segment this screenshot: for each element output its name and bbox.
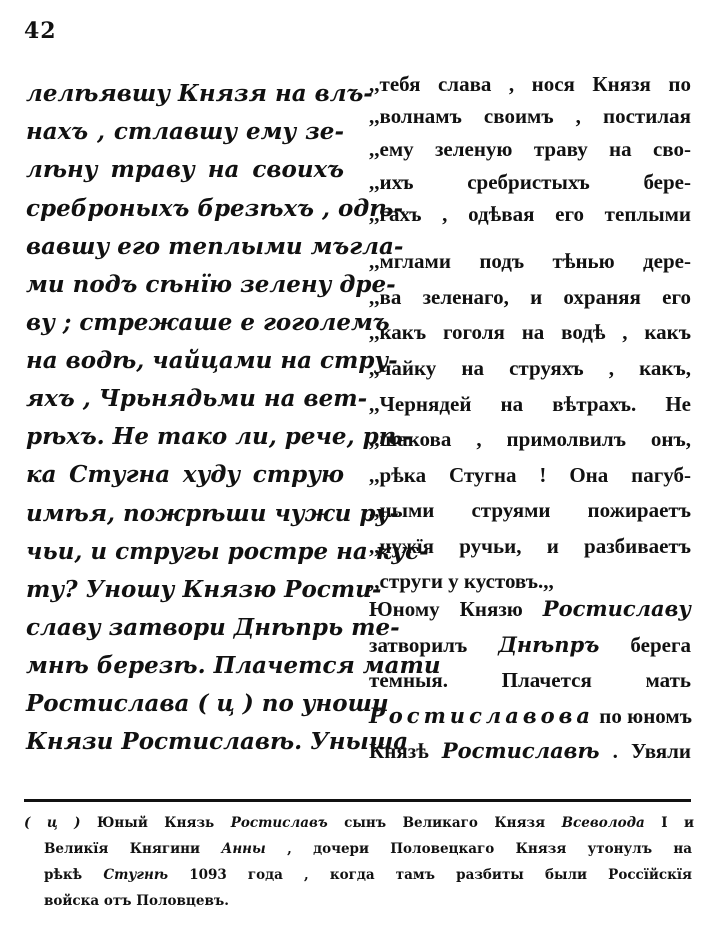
footnote-text: I и <box>661 815 694 831</box>
original-line: ву ; стрежаше е гоголемъ <box>26 305 344 341</box>
original-line: яхъ , Чрьнядьми на вет- <box>26 381 344 417</box>
footnote-text: , дочери Половецкаго Князя утонулъ на <box>287 841 692 857</box>
original-line: мнѣ березѣ. Плачется мати <box>26 648 344 684</box>
translation-text-italic: Днѣпръ <box>498 632 599 657</box>
translation-line: ,,волнамъ своимъ , постилая <box>369 98 691 134</box>
translation-line: ,,шакова , примолвилъ онъ, <box>369 421 691 457</box>
translation-line: ,,чайку на струяхъ , какъ, <box>369 350 691 386</box>
translation-line: темныя. Плачется мать <box>369 662 691 698</box>
translation-text-roman: по юномъ <box>599 704 692 728</box>
translation-line: ,,тебя слава , нося Князя по <box>369 66 691 102</box>
translation-line: ,,какъ гоголя на водѣ , какъ <box>369 314 691 350</box>
footnote-text-italic: Всеволода <box>562 815 645 831</box>
original-line: лелѣявшу Князя на влъ- <box>26 76 344 112</box>
translation-line: ,,ными струями пожираетъ <box>369 492 691 528</box>
original-line: чьи, и стругы ростре на кус- <box>26 534 344 570</box>
original-line: Князи Ростиславѣ. Уныша <box>26 724 344 760</box>
translation-text-italic: Ростиславова <box>369 703 594 728</box>
original-line: вавшу его теплыми мъгла- <box>26 229 344 265</box>
translation-line: ,,Чернядей на вѣтрахъ. Не <box>369 386 691 422</box>
translation-line: ,,ва зеленаго, и охраняя его <box>369 279 691 315</box>
original-line: на водѣ, чайцами на стру- <box>26 343 344 379</box>
original-line: имѣя, пожрѣши чужи ру- <box>26 496 344 532</box>
translation-text-roman: Князѣ <box>369 739 429 763</box>
original-line: славу затвори Днѣпрь те- <box>26 610 344 646</box>
translation-line: Ростиславова по юномъ <box>369 698 691 734</box>
translation-text-roman: берега <box>630 633 691 657</box>
original-line: ту? Уношу Князю Рости- <box>26 572 344 608</box>
translation-text-roman: затворилъ <box>369 633 467 657</box>
original-line: Ростислава ( ц ) по уноши <box>26 686 344 722</box>
translation-line: ,,чужїя ручьи, и разбиваетъ <box>369 528 691 564</box>
footnote-text-italic: Стугнѣ <box>103 867 168 883</box>
footnote-text: рѣкѣ <box>44 867 82 883</box>
translation-line: ,,гахъ , одѣвая его теплыми <box>369 196 691 232</box>
page-number: 42 <box>24 18 57 44</box>
original-line: ми подъ сѣнїю зелену дре- <box>26 267 344 303</box>
translation-line: Князѣ Ростиславѣ . Увяли <box>369 733 691 769</box>
footnote-line: рѣкѣ Стугнѣ 1093 года , когда тамъ разби… <box>44 864 692 886</box>
footnote-text: войска отъ Половцевъ. <box>44 893 229 909</box>
footnote-line: войска отъ Половцевъ. <box>44 890 692 912</box>
translation-line: затворилъ Днѣпръ берега <box>369 627 691 663</box>
footnote-text-italic: Анны <box>221 841 265 857</box>
footnote-divider <box>24 799 691 802</box>
translation-line: ,,мглами подъ тѣнью дере- <box>369 243 691 279</box>
footnote-line: ( ц ) Юный Князь Ростиславъ сынъ Великаг… <box>24 812 694 834</box>
translation-line-text: ,,струги у кустовъ.,, <box>369 569 554 593</box>
footnote-text: сынъ Великаго Князя <box>344 815 545 831</box>
footnote-text: Великїя Княгини <box>44 841 200 857</box>
footnote-text-italic: Ростиславъ <box>231 815 328 831</box>
footnote-text: Юный Князь <box>97 815 214 831</box>
original-line: ка Стугна худу струю <box>26 457 344 493</box>
original-line: лѣну траву на своихъ <box>26 152 344 188</box>
translation-line: Юному Князю Ростиславу <box>369 591 691 627</box>
original-line: нахъ , стлавшу ему зе- <box>26 114 344 150</box>
translation-text-roman: Юному Князю <box>369 597 523 621</box>
footnote-line: Великїя Княгини Анны , дочери Половецкаг… <box>44 838 692 860</box>
translation-line: ,,рѣка Стугна ! Она пагуб- <box>369 457 691 493</box>
footnote-marker: ( ц ) <box>24 815 81 831</box>
translation-text-italic: Ростиславѣ <box>442 738 600 763</box>
translation-line: ,,ихъ сребристыхъ бере- <box>369 164 691 200</box>
translation-text-italic: Ростиславу <box>543 596 691 621</box>
translation-line: ,,ему зеленую траву на сво- <box>369 131 691 167</box>
footnote-text: 1093 года , когда тамъ разбиты были Росс… <box>189 867 692 883</box>
original-line: рѣхъ. Не тако ли, рече, рѣ- <box>26 419 344 455</box>
translation-text-roman: . Увяли <box>613 739 691 763</box>
original-line: среброныхъ брезѣхъ , одѣ- <box>26 191 344 227</box>
